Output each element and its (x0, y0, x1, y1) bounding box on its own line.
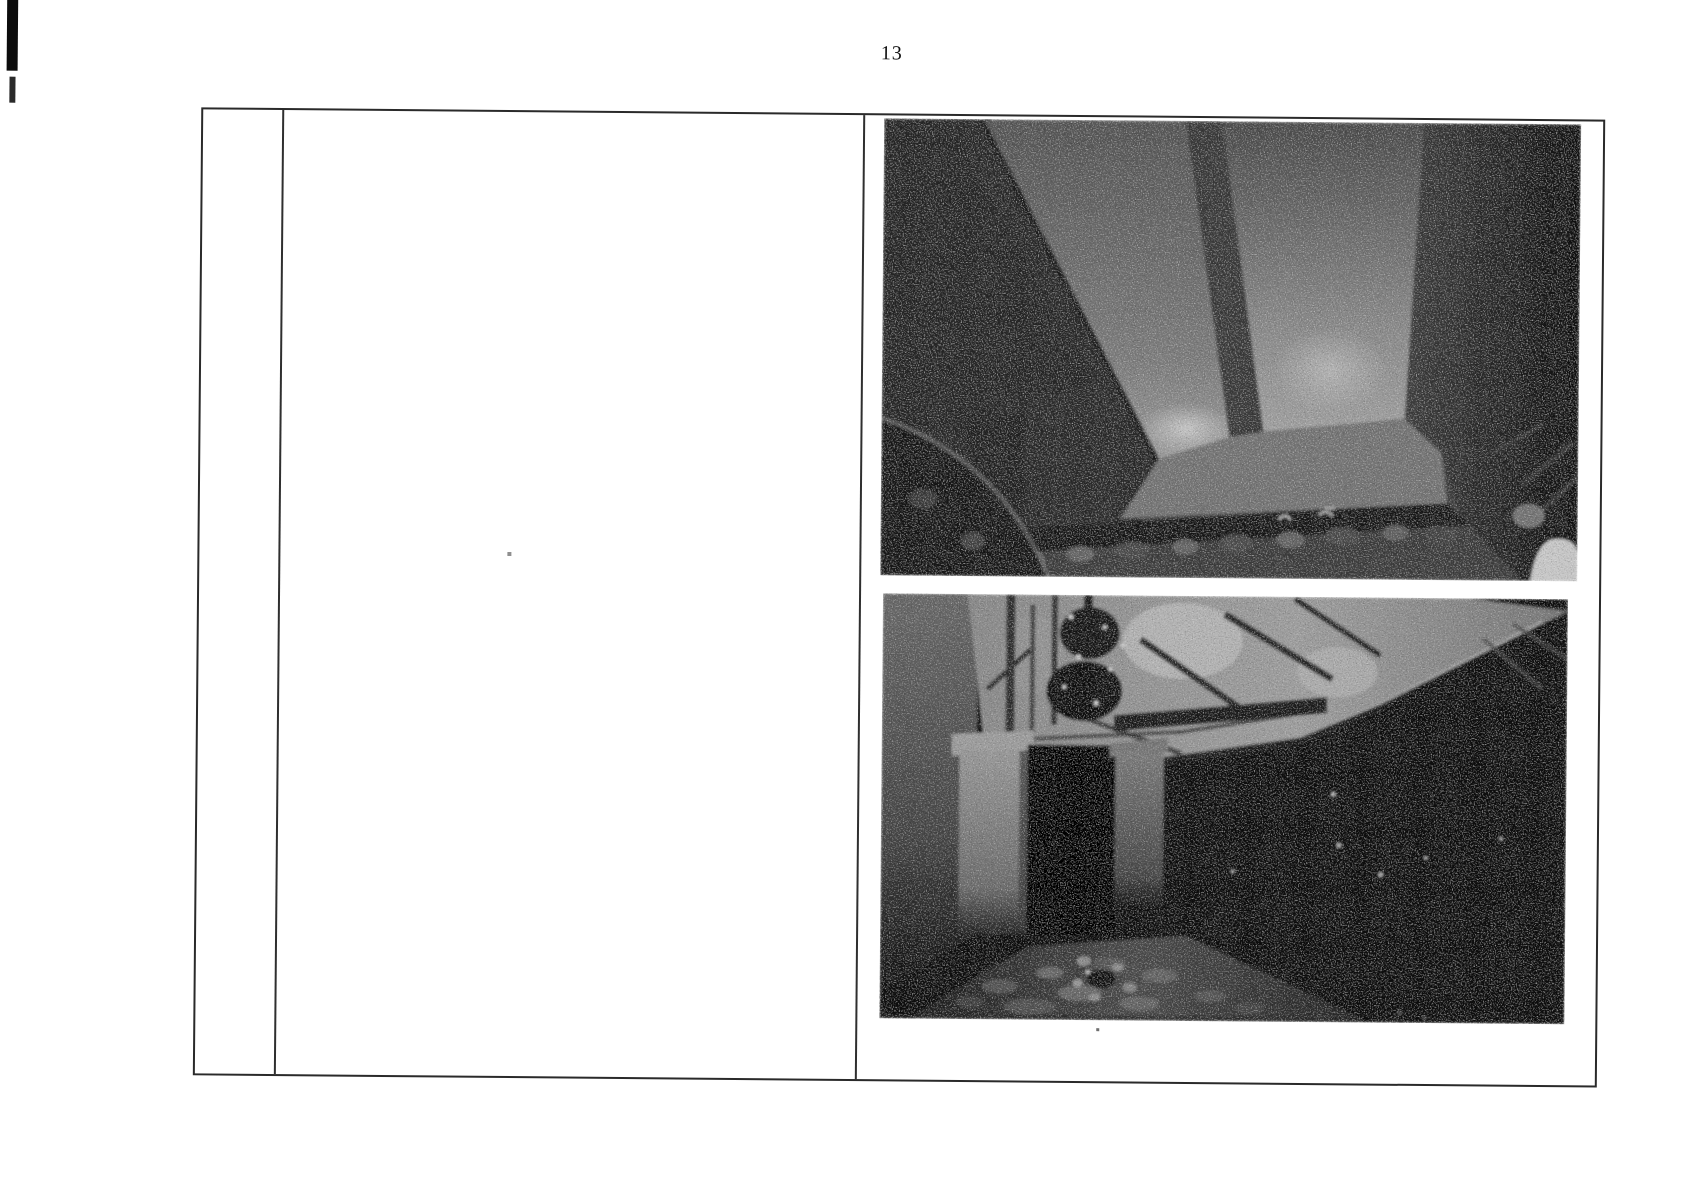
scanned-page: 13 (0, 0, 1697, 1200)
photo-ceiling-view (880, 118, 1581, 581)
scan-speck (1096, 1028, 1099, 1031)
scan-rotation-wrapper: 13 (0, 0, 1697, 1200)
photo-hall-view (879, 593, 1568, 1024)
scan-edge-artifact (9, 77, 15, 103)
table-column-divider-1 (274, 110, 284, 1074)
report-table (193, 107, 1605, 1087)
scan-edge-artifact (7, 0, 19, 71)
page-number: 13 (881, 42, 903, 65)
table-column-divider-2 (855, 115, 865, 1079)
scan-speck (507, 552, 511, 556)
